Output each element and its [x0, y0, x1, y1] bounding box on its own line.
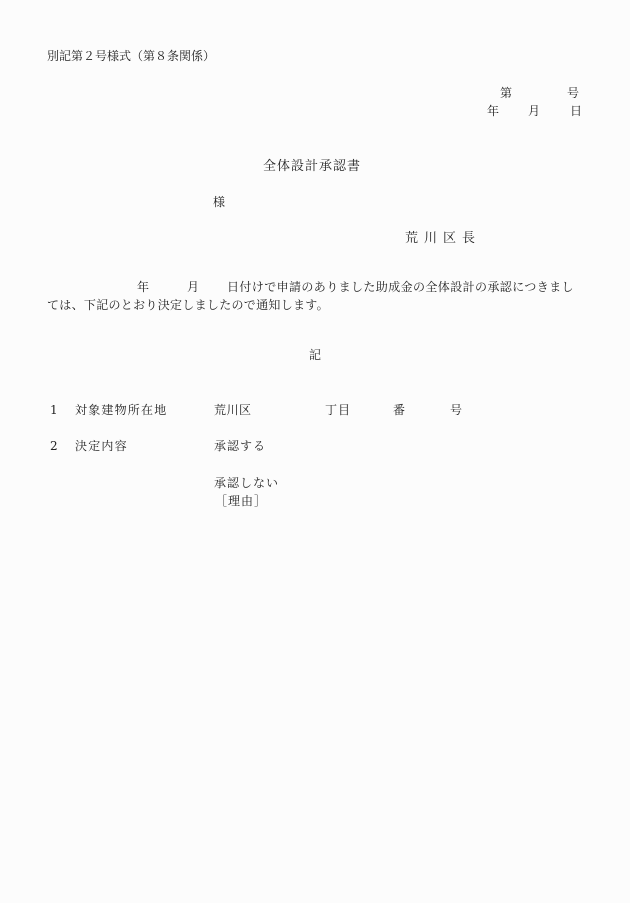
issuer-name: 荒川区長 — [405, 232, 481, 245]
item-1-label: 対象建物所在地 — [75, 404, 167, 416]
document-title: 全体設計承認書 — [263, 160, 361, 173]
body-text-line-2: ては、下記のとおり決定しましたので通知します。 — [47, 299, 329, 311]
date-year-label: 年 — [487, 105, 499, 117]
date-day-label: 日 — [570, 105, 582, 117]
body-date-year: 年 — [137, 281, 149, 293]
address-chome: 丁目 — [325, 404, 351, 416]
item-1-number: 1 — [50, 404, 58, 416]
body-date-month: 月 — [187, 281, 199, 293]
reason-label: ［理由］ — [215, 495, 267, 507]
document-number-prefix: 第 — [500, 87, 512, 99]
addressee-suffix: 様 — [213, 196, 225, 208]
ki-heading: 記 — [309, 349, 321, 361]
body-text-line-1: 日付けで申請のありました助成金の全体設計の承認につきまし — [227, 281, 574, 293]
document-number-suffix: 号 — [567, 87, 579, 99]
item-2-label: 決定内容 — [75, 440, 128, 452]
option-reject: 承認しない — [214, 477, 279, 489]
option-approve: 承認する — [214, 440, 266, 452]
address-ban: 番 — [393, 404, 405, 416]
address-go: 号 — [450, 404, 462, 416]
item-2-number: 2 — [50, 440, 58, 452]
form-reference: 別記第２号様式（第８条関係） — [47, 50, 215, 62]
address-ward: 荒川区 — [214, 404, 252, 416]
date-month-label: 月 — [528, 105, 540, 117]
